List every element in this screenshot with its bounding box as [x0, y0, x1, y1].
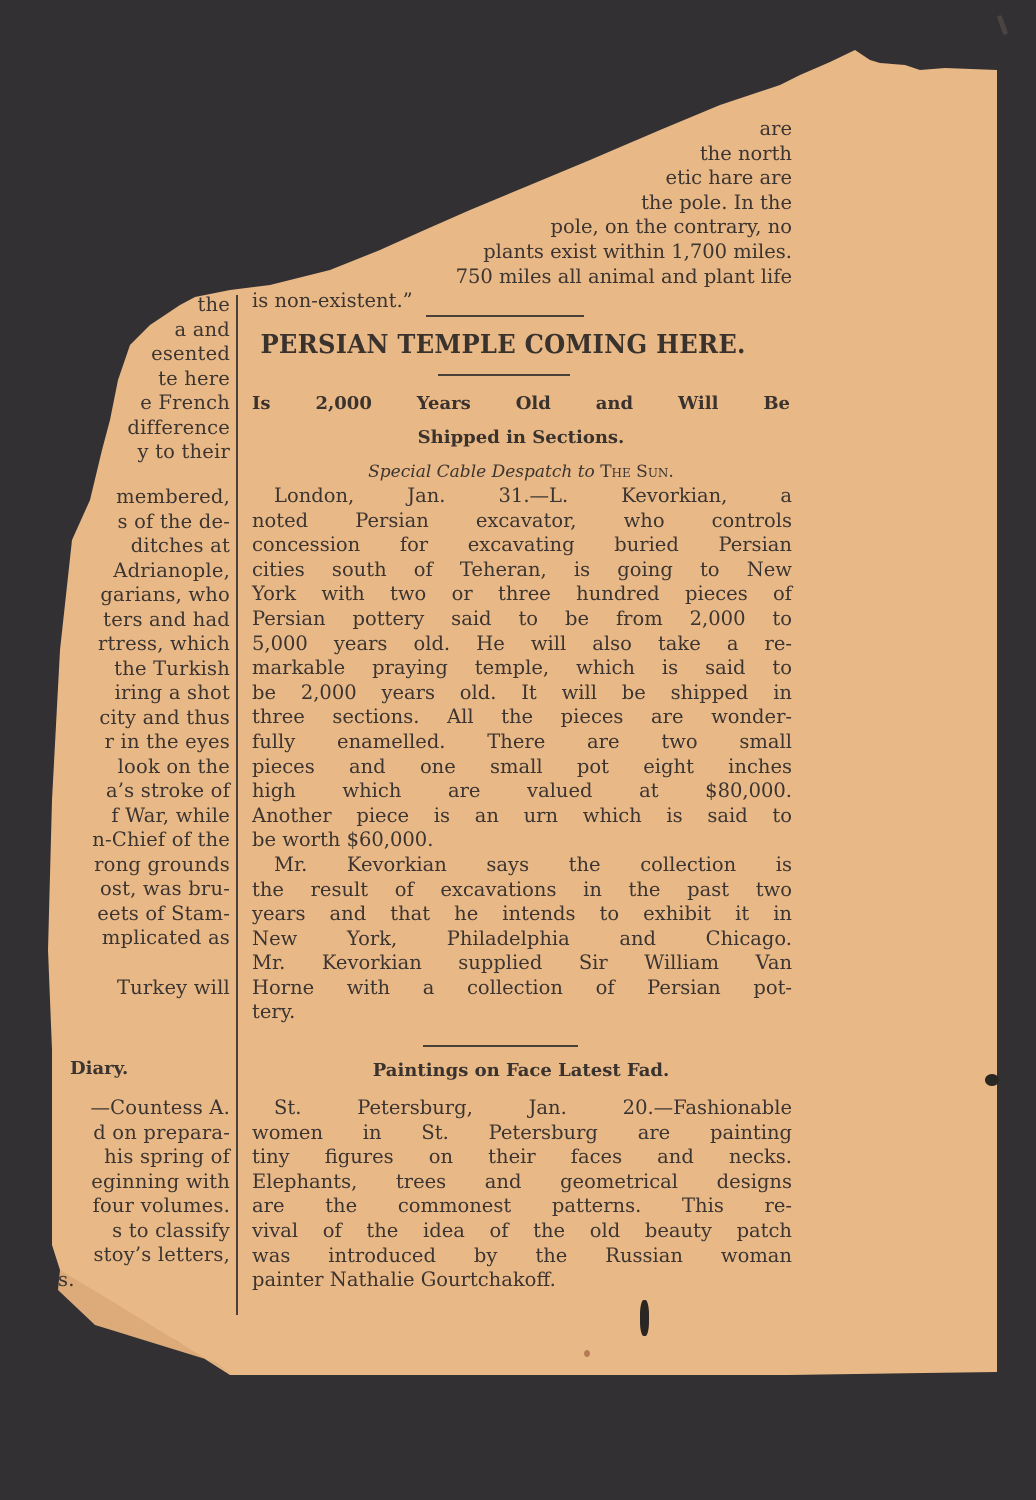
body-line: tery. [252, 1000, 792, 1025]
body-line: three sections. All the pieces are wonde… [252, 705, 792, 730]
left-column-fragment: the a and esented te here e French diffe… [50, 293, 230, 465]
left-column-fragment: —Countess A. d on prepara- his spring of… [50, 1096, 230, 1292]
fragment-line: look on the [50, 755, 230, 780]
fragment-line: difference [50, 416, 230, 441]
fragment-line: stoy’s letters, [50, 1243, 230, 1268]
tear-hole [640, 1300, 649, 1336]
body-line: be 2,000 years old. It will be shipped i… [252, 681, 792, 706]
debris-mark [997, 15, 1009, 36]
fragment-line: Turkey will [50, 976, 230, 1001]
body-line: the result of excavations in the past tw… [252, 878, 792, 903]
fragment-line: mplicated as [50, 926, 230, 951]
left-column-fragment: Turkey will [50, 976, 230, 1001]
body-line: pieces and one small pot eight inches [252, 755, 792, 780]
body-line: noted Persian excavator, who controls [252, 509, 792, 534]
fragment-line: y to their [50, 440, 230, 465]
body-line: 5,000 years old. He will also take a re- [252, 632, 792, 657]
article-subhead: Is 2,000 Years Old and Will Be [252, 393, 790, 414]
body-line: Mr. Kevorkian supplied Sir William Van [252, 951, 792, 976]
fragment-line: garians, who [50, 583, 230, 608]
byline-text: Special Cable Despatch to [368, 462, 595, 482]
fragment-line: f War, while [50, 804, 230, 829]
body-line: concession for excavating buried Persian [252, 533, 792, 558]
fragment-line: r in the eyes [50, 730, 230, 755]
fragment-line: ditches at [50, 534, 230, 559]
fragment-line: iring a shot [50, 681, 230, 706]
body-line: painter Nathalie Gourtchakoff. [252, 1268, 792, 1293]
diary-heading: Diary. [70, 1058, 128, 1079]
body-line: be worth $60,000. [252, 828, 792, 853]
body-line: cities south of Teheran, is going to New [252, 558, 792, 583]
article-subhead: Shipped in Sections. [252, 427, 790, 448]
fragment-line: eets of Stam- [50, 902, 230, 927]
fragment-line: city and thus [50, 706, 230, 731]
fragment-line: s to classify [50, 1219, 230, 1244]
stain-spot [584, 1350, 590, 1357]
fragment-line: is non-existent.” [252, 289, 792, 314]
body-line: Mr. Kevorkian says the collection is [252, 853, 792, 878]
fragment-line: the [50, 293, 230, 318]
body-line: Persian pottery said to be from 2,000 to [252, 607, 792, 632]
tear-hole [985, 1074, 999, 1086]
separator-rule [426, 315, 584, 317]
separator-rule [423, 1045, 578, 1047]
body-line: London, Jan. 31.—L. Kevorkian, a [252, 484, 792, 509]
fragment-line: e French [50, 391, 230, 416]
fragment-line: a’s stroke of [50, 779, 230, 804]
fragment-line: —Countess A. [50, 1096, 230, 1121]
fragment-line: 750 miles all animal and plant life [252, 265, 792, 290]
fragment-line: ost, was bru- [50, 877, 230, 902]
fragment-line: te here [50, 367, 230, 392]
fragment-line: the pole. In the [252, 191, 792, 216]
fragment-line: rong grounds [50, 853, 230, 878]
body-line: women in St. Petersburg are painting [252, 1121, 792, 1146]
body-line: Elephants, trees and geometrical designs [252, 1170, 792, 1195]
separator-rule [438, 374, 570, 376]
fragment-line: s. [50, 1268, 230, 1293]
body-line: vival of the idea of the old beauty patc… [252, 1219, 792, 1244]
fragment-line: four volumes. [50, 1194, 230, 1219]
newspaper-name: The Sun. [600, 462, 674, 482]
fragment-line: esented [50, 342, 230, 367]
left-column-fragment: membered, s of the de- ditches at Adrian… [50, 485, 230, 951]
fragment-line: are [252, 117, 792, 142]
fragment-line: Adrianople, [50, 559, 230, 584]
body-line: markable praying temple, which is said t… [252, 656, 792, 681]
article-body-2: St. Petersburg, Jan. 20.—Fashionable wom… [252, 1096, 792, 1293]
fragment-line: membered, [50, 485, 230, 510]
fragment-line: n-Chief of the [50, 828, 230, 853]
body-line: Horne with a collection of Persian pot- [252, 976, 792, 1001]
body-line: high which are valued at $80,000. [252, 779, 792, 804]
body-line: are the commonest patterns. This re- [252, 1194, 792, 1219]
body-line: St. Petersburg, Jan. 20.—Fashionable [252, 1096, 792, 1121]
body-line: tiny figures on their faces and necks. [252, 1145, 792, 1170]
fragment-line: the Turkish [50, 657, 230, 682]
column-divider [236, 295, 238, 1315]
body-line: years and that he intends to exhibit it … [252, 902, 792, 927]
fragment-line: the north [252, 142, 792, 167]
body-line: Another piece is an urn which is said to [252, 804, 792, 829]
body-line: York with two or three hundred pieces of [252, 582, 792, 607]
body-line: was introduced by the Russian woman [252, 1244, 792, 1269]
fragment-line: etic hare are [252, 166, 792, 191]
fragment-line: eginning with [50, 1170, 230, 1195]
fragment-line: plants exist within 1,700 miles. [252, 240, 792, 265]
fragment-line: pole, on the contrary, no [252, 215, 792, 240]
body-line: New York, Philadelphia and Chicago. [252, 927, 792, 952]
fragment-line: a and [50, 318, 230, 343]
fragment-line: s of the de- [50, 510, 230, 535]
fragment-line: rtress, which [50, 632, 230, 657]
article-headline: PERSIAN TEMPLE COMING HERE. [252, 330, 754, 360]
top-fragment: are the north etic hare are the pole. In… [252, 117, 792, 314]
fragment-line: his spring of [50, 1145, 230, 1170]
fragment-line: ters and had [50, 608, 230, 633]
article-body: London, Jan. 31.—L. Kevorkian, a noted P… [252, 484, 792, 1025]
body-line: fully enamelled. There are two small [252, 730, 792, 755]
article-headline-2: Paintings on Face Latest Fad. [252, 1060, 790, 1081]
fragment-line: d on prepara- [50, 1121, 230, 1146]
byline: Special Cable Despatch to The Sun. [252, 462, 790, 482]
